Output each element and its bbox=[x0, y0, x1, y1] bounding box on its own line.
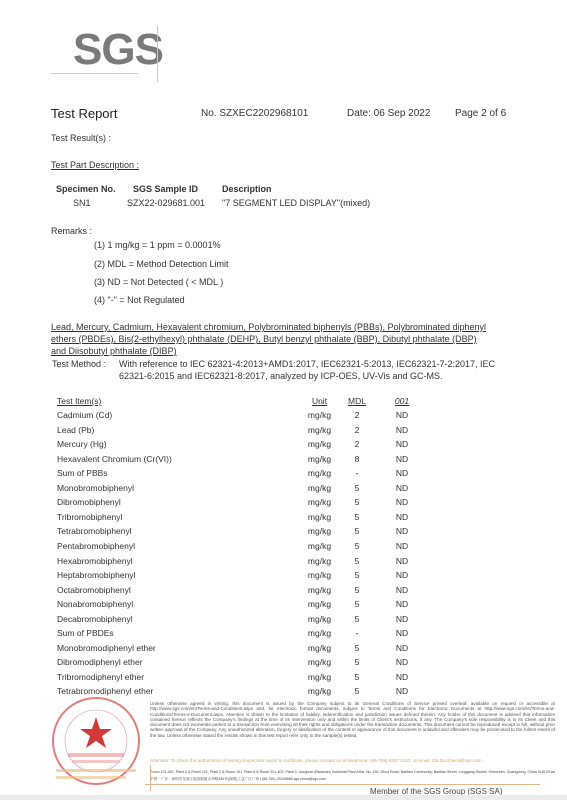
mdl-cell: 8 bbox=[342, 454, 372, 464]
mdl-cell: 5 bbox=[342, 541, 372, 551]
result-cell: ND bbox=[387, 672, 417, 682]
result-cell: ND bbox=[387, 614, 417, 624]
unit-cell: mg/kg bbox=[302, 468, 337, 478]
page-indicator: Page 2 of 6 bbox=[455, 108, 506, 119]
test-item-name: Dibromobiphenyl bbox=[57, 497, 121, 507]
table-row: Hexabromobiphenylmg/kg5ND bbox=[57, 556, 507, 571]
test-item-name: Monobromobiphenyl bbox=[57, 483, 134, 493]
report-title: Test Report bbox=[51, 106, 117, 121]
mdl-cell: 2 bbox=[342, 439, 372, 449]
result-cell: ND bbox=[387, 585, 417, 595]
logo-divider bbox=[50, 73, 138, 74]
test-item-name: Sum of PBDEs bbox=[57, 628, 114, 638]
report-number: No. SZXEC2202968101 bbox=[201, 108, 308, 119]
test-item-name: Sum of PBBs bbox=[57, 468, 108, 478]
unit-cell: mg/kg bbox=[302, 585, 337, 595]
table-row: Sum of PBDEsmg/kg-ND bbox=[57, 628, 507, 643]
test-item-name: Monobromodiphenyl ether bbox=[57, 643, 156, 653]
result-cell: ND bbox=[387, 512, 417, 522]
test-item-name: Mercury (Hg) bbox=[57, 439, 107, 449]
header-mdl: MDL bbox=[342, 396, 372, 406]
footer-attention: Attention: To check the authenticity of … bbox=[150, 758, 555, 763]
unit-cell: mg/kg bbox=[302, 672, 337, 682]
test-item-name: Decabromobiphenyl bbox=[57, 614, 133, 624]
unit-cell: mg/kg bbox=[302, 483, 337, 493]
test-item-name: Dibromodiphenyl ether bbox=[57, 657, 143, 667]
test-results-label: Test Result(s) : bbox=[51, 133, 111, 144]
col-description: Description bbox=[222, 184, 272, 195]
unit-cell: mg/kg bbox=[302, 686, 337, 696]
mdl-cell: 5 bbox=[342, 585, 372, 595]
sample-description: "7 SEGMENT LED DISPLAY"(mixed) bbox=[222, 198, 370, 209]
test-item-name: Tribromobiphenyl bbox=[57, 512, 122, 522]
table-row: Pentabromobiphenylmg/kg5ND bbox=[57, 541, 507, 556]
unit-cell: mg/kg bbox=[302, 497, 337, 507]
unit-cell: mg/kg bbox=[302, 439, 337, 449]
mdl-cell: 5 bbox=[342, 686, 372, 696]
test-item-name: Octabromobiphenyl bbox=[57, 585, 131, 595]
table-row: Tribromodiphenyl ethermg/kg5ND bbox=[57, 672, 507, 687]
result-cell: ND bbox=[387, 599, 417, 609]
sgs-logo: SGS bbox=[73, 28, 163, 72]
result-cell: ND bbox=[387, 686, 417, 696]
page-bottom-edge bbox=[0, 795, 567, 800]
unit-cell: mg/kg bbox=[302, 599, 337, 609]
result-cell: ND bbox=[387, 541, 417, 551]
remarks-label: Remarks : bbox=[51, 226, 92, 237]
mdl-cell: 5 bbox=[342, 483, 372, 493]
table-row: Cadmium (Cd)mg/kg2ND bbox=[57, 410, 507, 425]
unit-cell: mg/kg bbox=[302, 512, 337, 522]
table-row: Tribromobiphenylmg/kg5ND bbox=[57, 512, 507, 527]
mdl-cell: 5 bbox=[342, 614, 372, 624]
test-item-name: Pentabromobiphenyl bbox=[57, 541, 135, 551]
col-sample-id: SGS Sample ID bbox=[133, 184, 198, 195]
unit-cell: mg/kg bbox=[302, 541, 337, 551]
header-test-items: Test Item(s) bbox=[57, 396, 101, 406]
result-cell: ND bbox=[387, 643, 417, 653]
unit-cell: mg/kg bbox=[302, 628, 337, 638]
table-row: Monobromobiphenylmg/kg5ND bbox=[57, 483, 507, 498]
remark-item: (3) ND = Not Detected ( < MDL ) bbox=[94, 277, 223, 288]
unit-cell: mg/kg bbox=[302, 614, 337, 624]
logo-divider-vertical bbox=[157, 26, 158, 82]
footer-disclaimer: Unless otherwise agreed in writing, this… bbox=[150, 701, 555, 738]
col-specimen-no: Specimen No. bbox=[56, 184, 116, 195]
sample-id: SZX22-029681.001 bbox=[127, 198, 205, 209]
result-cell: ND bbox=[387, 570, 417, 580]
unit-cell: mg/kg bbox=[302, 570, 337, 580]
specimen-no: SN1 bbox=[73, 198, 91, 209]
mdl-cell: 2 bbox=[342, 425, 372, 435]
company-stamp bbox=[50, 695, 142, 787]
table-row: Decabromobiphenylmg/kg5ND bbox=[57, 614, 507, 629]
test-item-name: Lead (Pb) bbox=[57, 425, 94, 435]
mdl-cell: 5 bbox=[342, 643, 372, 653]
star-icon bbox=[80, 717, 112, 748]
section-title-line: and Diisobutyl phthalate (DIBP) bbox=[51, 346, 177, 357]
mdl-cell: 5 bbox=[342, 556, 372, 566]
result-cell: ND bbox=[387, 526, 417, 536]
mdl-cell: 5 bbox=[342, 497, 372, 507]
result-cell: ND bbox=[387, 425, 417, 435]
footer-address-cn: 中国・广东・深圳市龙岗区坂田街道吉华路430号(深圳)工业厂区厂房 t (86-… bbox=[150, 777, 555, 782]
mdl-cell: 5 bbox=[342, 512, 372, 522]
table-row: Tetrabromobiphenylmg/kg5ND bbox=[57, 526, 507, 541]
test-item-name: Nonabromobiphenyl bbox=[57, 599, 133, 609]
mdl-cell: - bbox=[342, 468, 372, 478]
result-cell: ND bbox=[387, 439, 417, 449]
table-row: Heptabromobiphenylmg/kg5ND bbox=[57, 570, 507, 585]
footer-divider-vertical bbox=[150, 765, 151, 791]
test-method-label: Test Method : bbox=[52, 359, 106, 370]
test-method-line: 62321-6:2015 and IEC62321-8:2017, analyz… bbox=[119, 371, 443, 382]
table-row: Dibromobiphenylmg/kg5ND bbox=[57, 497, 507, 512]
mdl-cell: 5 bbox=[342, 526, 372, 536]
unit-cell: mg/kg bbox=[302, 454, 337, 464]
result-cell: ND bbox=[387, 657, 417, 667]
test-part-description-heading: Test Part Description : bbox=[51, 160, 139, 171]
test-item-name: Heptabromobiphenyl bbox=[57, 570, 135, 580]
unit-cell: mg/kg bbox=[302, 556, 337, 566]
mdl-cell: 5 bbox=[342, 599, 372, 609]
test-item-name: Hexavalent Chromium (Cr(VI)) bbox=[57, 454, 172, 464]
section-title-line: ethers (PBDEs), Bis(2-ethylhexyl) phthal… bbox=[51, 334, 477, 345]
table-row: Nonabromobiphenylmg/kg5ND bbox=[57, 599, 507, 614]
mdl-cell: 2 bbox=[342, 410, 372, 420]
test-item-name: Hexabromobiphenyl bbox=[57, 556, 133, 566]
report-date: Date: 06 Sep 2022 bbox=[347, 108, 430, 119]
mdl-cell: 5 bbox=[342, 657, 372, 667]
test-item-name: Cadmium (Cd) bbox=[57, 410, 112, 420]
header-result-001: 001 bbox=[387, 396, 417, 406]
table-row: Lead (Pb)mg/kg2ND bbox=[57, 425, 507, 440]
mdl-cell: 5 bbox=[342, 672, 372, 682]
unit-cell: mg/kg bbox=[302, 526, 337, 536]
result-cell: ND bbox=[387, 497, 417, 507]
unit-cell: mg/kg bbox=[302, 410, 337, 420]
remark-item: (2) MDL = Method Detection Limit bbox=[94, 259, 228, 270]
header-unit: Unit bbox=[302, 396, 337, 406]
table-row: Hexavalent Chromium (Cr(VI))mg/kg8ND bbox=[57, 454, 507, 469]
footer-address-en: Room 101-401, Plant 6 & Room 101, Plant … bbox=[150, 770, 555, 775]
table-row: Sum of PBBsmg/kg-ND bbox=[57, 468, 507, 483]
result-cell: ND bbox=[387, 483, 417, 493]
test-item-name: Tetrabromobiphenyl bbox=[57, 526, 132, 536]
mdl-cell: 5 bbox=[342, 570, 372, 580]
result-cell: ND bbox=[387, 454, 417, 464]
section-title-line: Lead, Mercury, Cadmium, Hexavalent chrom… bbox=[51, 322, 486, 333]
unit-cell: mg/kg bbox=[302, 657, 337, 667]
table-row: Mercury (Hg)mg/kg2ND bbox=[57, 439, 507, 454]
result-cell: ND bbox=[387, 468, 417, 478]
unit-cell: mg/kg bbox=[302, 425, 337, 435]
result-cell: ND bbox=[387, 556, 417, 566]
footer-divider bbox=[145, 784, 540, 785]
unit-cell: mg/kg bbox=[302, 643, 337, 653]
results-table-header: Test Item(s) Unit MDL 001 bbox=[57, 396, 507, 411]
remark-item: (4) "-" = Not Regulated bbox=[94, 295, 185, 306]
result-cell: ND bbox=[387, 628, 417, 638]
result-cell: ND bbox=[387, 410, 417, 420]
table-row: Dibromodiphenyl ethermg/kg5ND bbox=[57, 657, 507, 672]
table-row: Monobromodiphenyl ethermg/kg5ND bbox=[57, 643, 507, 658]
test-method-line: With reference to IEC 62321-4:2013+AMD1:… bbox=[119, 359, 495, 370]
mdl-cell: - bbox=[342, 628, 372, 638]
remark-item: (1) 1 mg/kg = 1 ppm = 0.0001% bbox=[94, 240, 221, 251]
table-row: Octabromobiphenylmg/kg5ND bbox=[57, 585, 507, 600]
test-item-name: Tribromodiphenyl ether bbox=[57, 672, 144, 682]
